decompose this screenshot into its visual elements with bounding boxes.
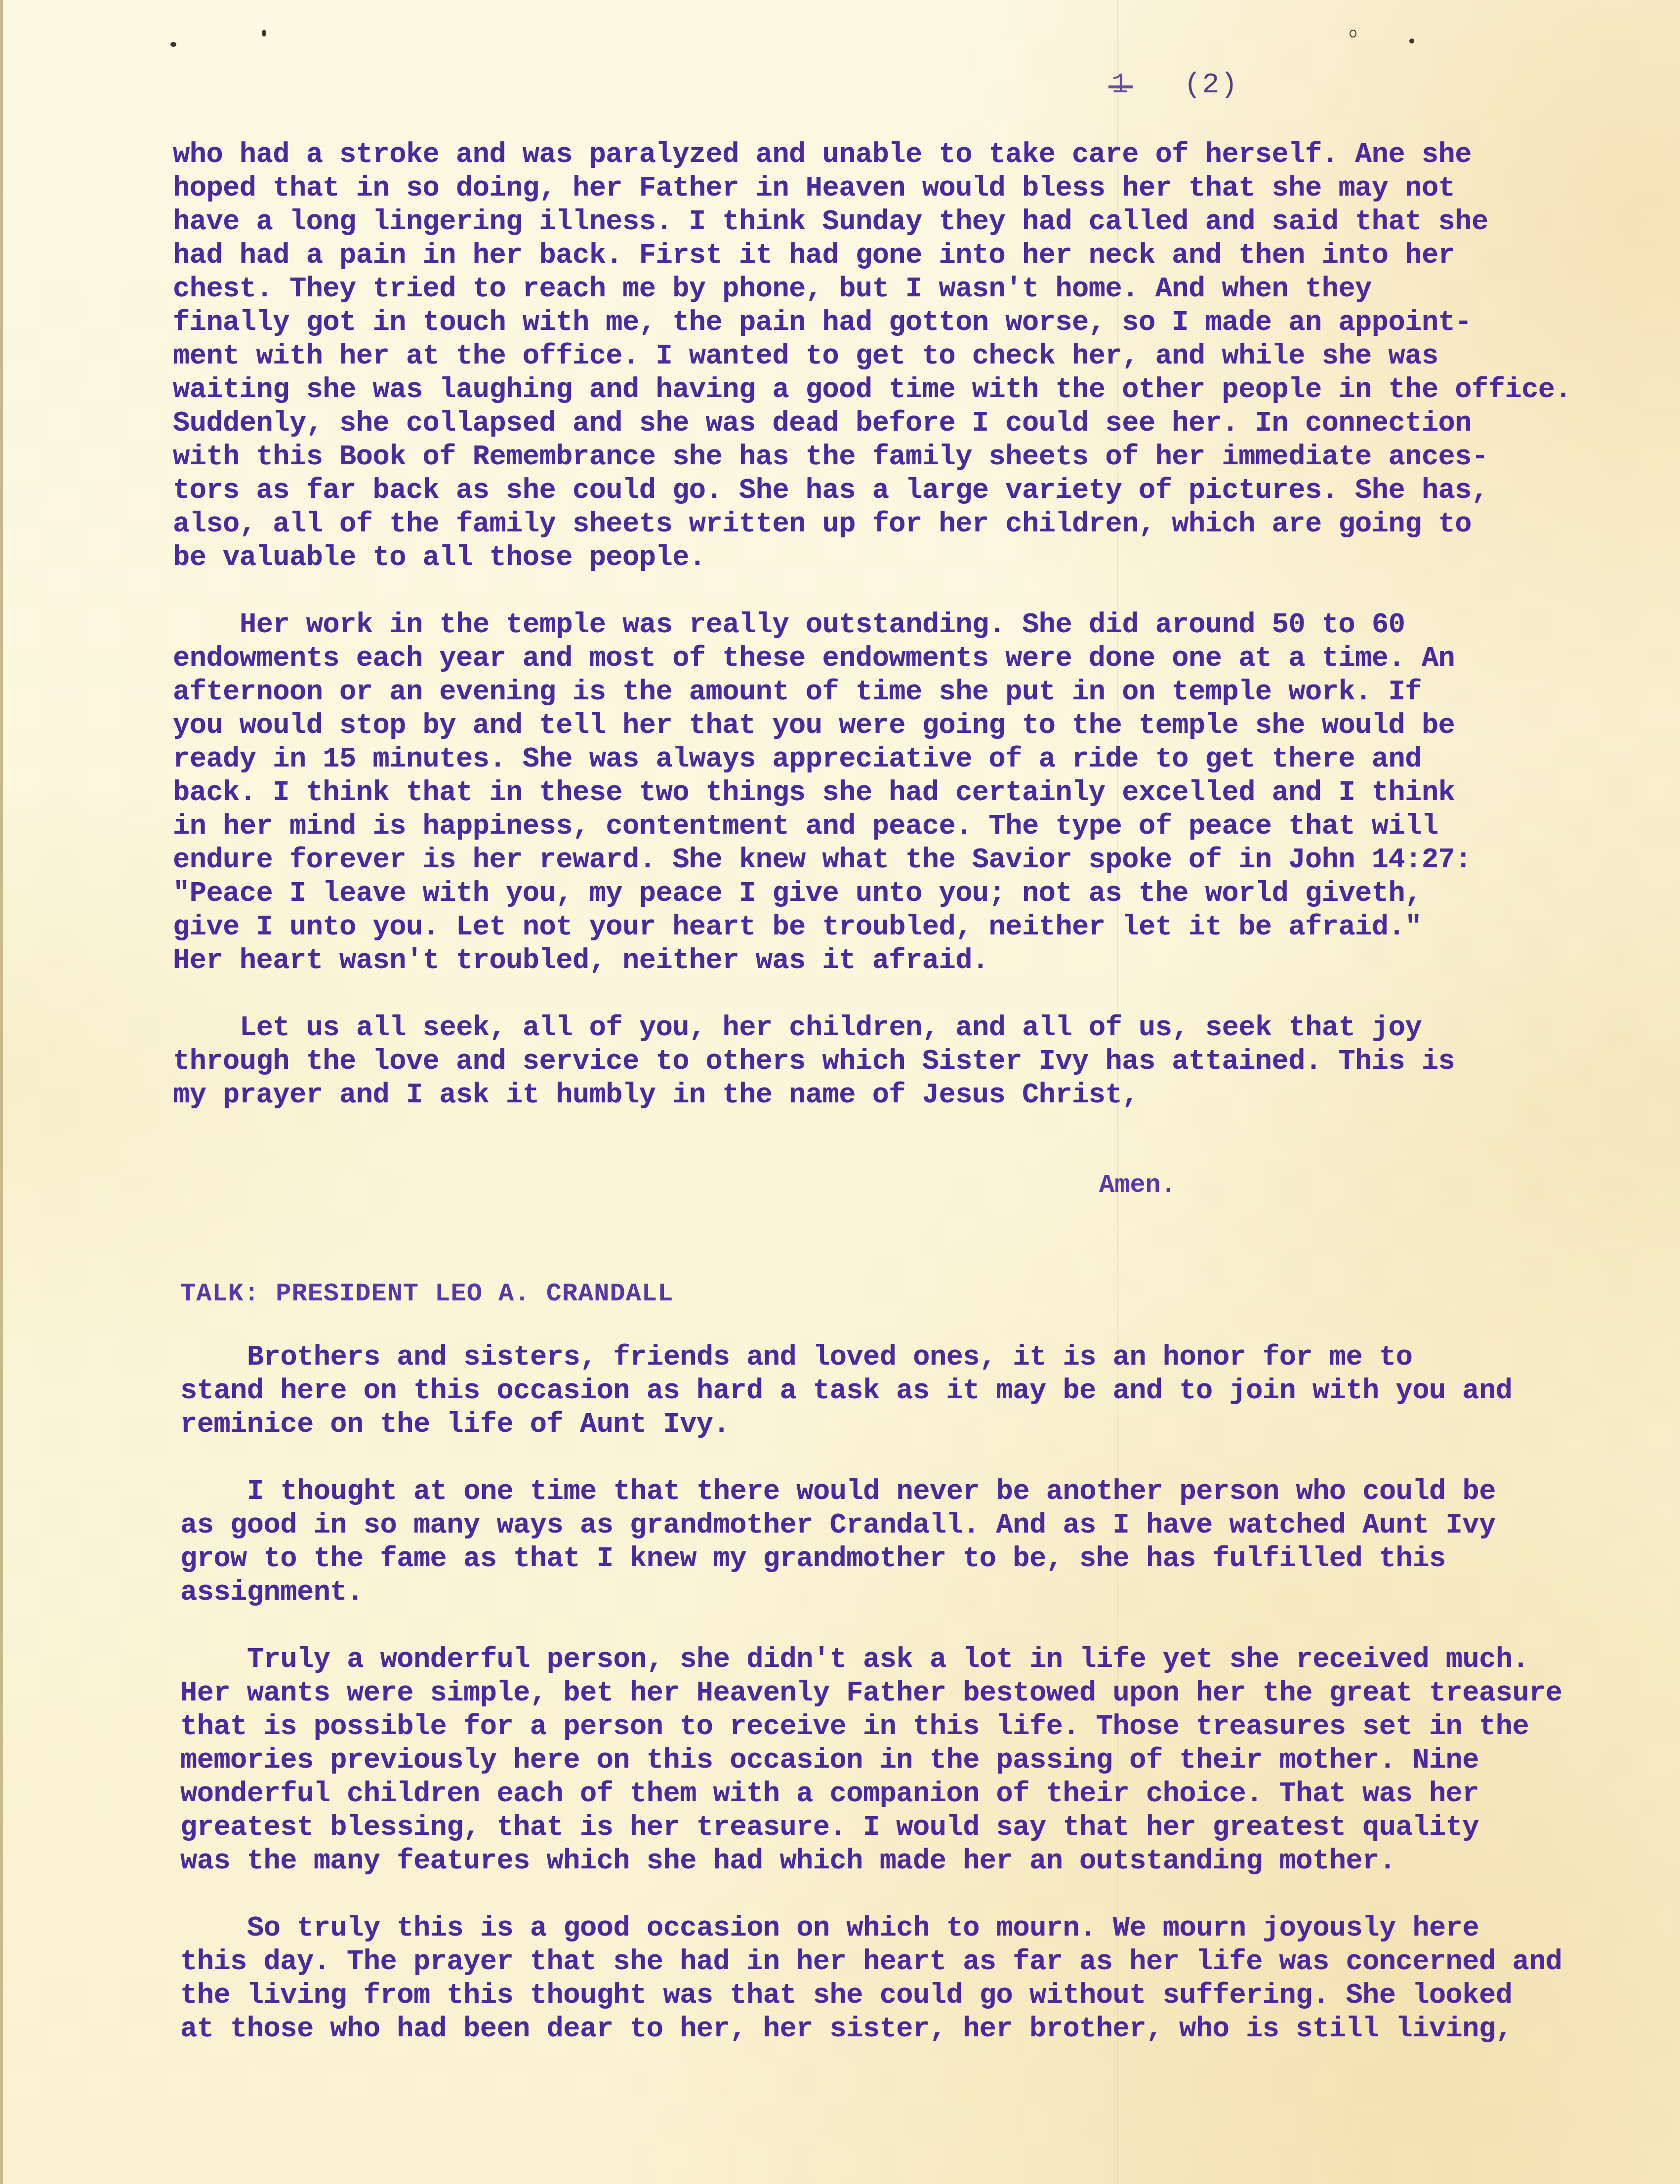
text-line: stand here on this occasion as hard a ta… <box>180 1375 1613 1408</box>
paragraph: I thought at one time that there would n… <box>180 1475 1613 1610</box>
text-line: as good in so many ways as grandmother C… <box>180 1509 1613 1542</box>
text-line: Suddenly, she collapsed and she was dead… <box>173 407 1581 441</box>
section-2-body: Brothers and sisters, friends and loved … <box>180 1341 1613 2080</box>
page-number: 1(2) <box>1111 69 1238 101</box>
text-line: at those who had been dear to her, her s… <box>180 2013 1613 2046</box>
text-line: had had a pain in her back. First it had… <box>173 239 1581 273</box>
text-line: grow to the fame as that I knew my grand… <box>180 1542 1613 1576</box>
text-line: through the love and service to others w… <box>173 1045 1581 1079</box>
page-number-label: (2) <box>1184 69 1238 101</box>
text-line: Her wants were simple, bet her Heavenly … <box>180 1677 1613 1710</box>
text-line: the living from this thought was that sh… <box>180 1979 1613 2013</box>
text-line: afternoon or an evening is the amount of… <box>173 676 1581 709</box>
struck-page-number: 1 <box>1111 69 1130 101</box>
text-line: tors as far back as she could go. She ha… <box>173 474 1581 508</box>
text-line: "Peace I leave with you, my peace I give… <box>173 877 1581 911</box>
text-line: assignment. <box>180 1576 1613 1610</box>
text-line: give I unto you. Let not your heart be t… <box>173 911 1581 944</box>
text-line: So truly this is a good occasion on whic… <box>180 1912 1613 1945</box>
text-line: finally got in touch with me, the pain h… <box>173 306 1581 340</box>
paragraph: Her work in the temple was really outsta… <box>173 608 1581 978</box>
text-line: in her mind is happiness, contentment an… <box>173 810 1581 844</box>
text-line: this day. The prayer that she had in her… <box>180 1945 1613 1979</box>
paragraph: who had a stroke and was paralyzed and u… <box>173 138 1581 575</box>
text-line: you would stop by and tell her that you … <box>173 709 1581 743</box>
paper-speck <box>1409 39 1414 43</box>
text-line: chest. They tried to reach me by phone, … <box>173 273 1581 306</box>
text-line: hoped that in so doing, her Father in He… <box>173 172 1581 205</box>
talk-heading: TALK: PRESIDENT LEO A. CRANDALL <box>180 1279 673 1308</box>
paragraph: Let us all seek, all of you, her childre… <box>173 1011 1581 1112</box>
text-line: endure forever is her reward. She knew w… <box>173 844 1581 877</box>
section-1-body: who had a stroke and was paralyzed and u… <box>173 138 1581 1146</box>
text-line: ready in 15 minutes. She was always appr… <box>173 743 1581 776</box>
text-line: also, all of the family sheets written u… <box>173 508 1581 541</box>
paragraph: So truly this is a good occasion on whic… <box>180 1912 1613 2046</box>
paper-speck <box>262 30 266 37</box>
text-line: have a long lingering illness. I think S… <box>173 205 1581 239</box>
text-line: Her heart wasn't troubled, neither was i… <box>173 944 1581 978</box>
text-line: who had a stroke and was paralyzed and u… <box>173 138 1581 172</box>
text-line: Truly a wonderful person, she didn't ask… <box>180 1643 1613 1677</box>
text-line: wonderful children each of them with a c… <box>180 1778 1613 1811</box>
closing-amen: Amen. <box>1099 1171 1176 1200</box>
text-line: I thought at one time that there would n… <box>180 1475 1613 1509</box>
text-line: ment with her at the office. I wanted to… <box>173 340 1581 373</box>
text-line: greatest blessing, that is her treasure.… <box>180 1811 1613 1845</box>
paper-speck <box>1350 30 1356 38</box>
text-line: endowments each year and most of these e… <box>173 642 1581 676</box>
text-line: memories previously here on this occasio… <box>180 1744 1613 1778</box>
text-line: be valuable to all those people. <box>173 541 1581 575</box>
text-line: Her work in the temple was really outsta… <box>173 608 1581 642</box>
text-line: with this Book of Remembrance she has th… <box>173 441 1581 474</box>
text-line: reminice on the life of Aunt Ivy. <box>180 1408 1613 1442</box>
text-line: Let us all seek, all of you, her childre… <box>173 1011 1581 1045</box>
paragraph: Truly a wonderful person, she didn't ask… <box>180 1643 1613 1878</box>
text-line: back. I think that in these two things s… <box>173 776 1581 810</box>
text-line: my prayer and I ask it humbly in the nam… <box>173 1079 1581 1112</box>
text-line: was the many features which she had whic… <box>180 1845 1613 1878</box>
paper-edge <box>0 0 3 2184</box>
text-line: Brothers and sisters, friends and loved … <box>180 1341 1613 1375</box>
text-line: that is possible for a person to receive… <box>180 1710 1613 1744</box>
paper-speck <box>170 42 176 47</box>
text-line: waiting she was laughing and having a go… <box>173 373 1581 407</box>
paragraph: Brothers and sisters, friends and loved … <box>180 1341 1613 1442</box>
